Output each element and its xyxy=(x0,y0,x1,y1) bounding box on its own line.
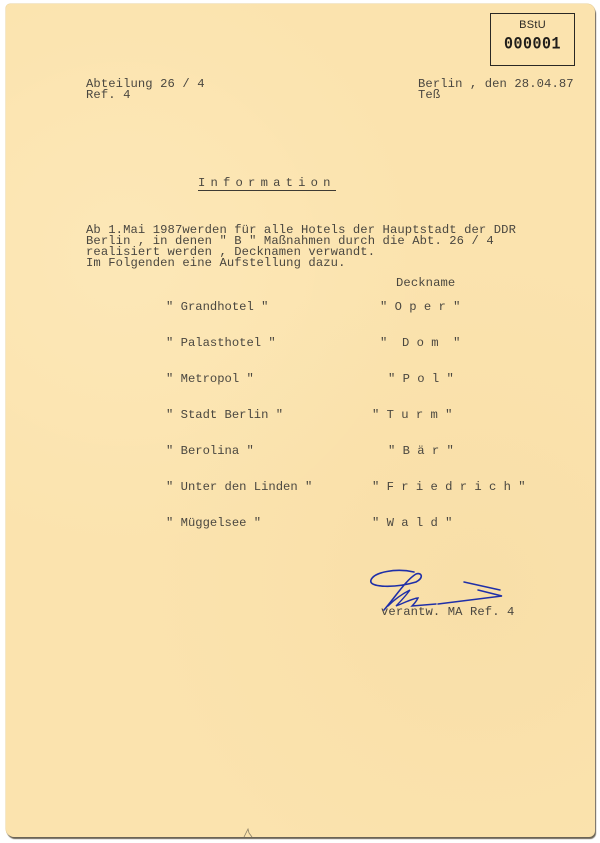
cover-name: " W a l d " xyxy=(372,516,452,530)
table-row: " Grandhotel " " O p e r " xyxy=(6,300,595,314)
archive-stamp: BStU 000001 xyxy=(490,13,575,66)
deckname-column-header: Deckname xyxy=(396,278,455,290)
body-line-4: Im Folgenden eine Aufstellung dazu. xyxy=(86,258,345,270)
hotel-name: " Grandhotel " xyxy=(166,300,268,314)
hotel-name: " Berolina " xyxy=(166,444,254,458)
cover-name: " D o m " xyxy=(380,336,460,350)
author-line: Teß xyxy=(418,90,440,102)
table-row: " Unter den Linden " " F r i e d r i c h… xyxy=(6,480,595,494)
stamp-label: BStU xyxy=(491,19,574,31)
cover-name: " O p e r " xyxy=(380,300,460,314)
cover-name: " B ä r " xyxy=(388,444,454,458)
document-page: BStU 000001 Abteilung 26 / 4 Ref. 4 Berl… xyxy=(6,4,595,837)
place-date-line: Berlin , den 28.04.87 xyxy=(418,79,574,91)
table-row: " Palasthotel " " D o m " xyxy=(6,336,595,350)
hotel-name: " Unter den Linden " xyxy=(166,480,312,494)
cover-name: " T u r m " xyxy=(372,408,452,422)
hotel-name: " Stadt Berlin " xyxy=(166,408,283,422)
cover-name: " F r i e d r i c h " xyxy=(372,480,526,494)
document-title: Information xyxy=(198,177,336,191)
table-row: " Berolina " " B ä r " xyxy=(6,444,595,458)
table-row: " Stadt Berlin " " T u r m " xyxy=(6,408,595,422)
stamp-number: 000001 xyxy=(491,35,574,55)
reference-line: Ref. 4 xyxy=(86,90,130,102)
hotel-name: " Metropol " xyxy=(166,372,254,386)
table-row: " Müggelsee " " W a l d " xyxy=(6,516,595,530)
paper-tear-mark-icon xyxy=(243,826,253,838)
cover-name: " P o l " xyxy=(388,372,454,386)
hotel-name: " Palasthotel " xyxy=(166,336,276,350)
table-row: " Metropol " " P o l " xyxy=(6,372,595,386)
hotel-name: " Müggelsee " xyxy=(166,516,261,530)
signature-caption: verantw. MA Ref. 4 xyxy=(381,607,514,619)
